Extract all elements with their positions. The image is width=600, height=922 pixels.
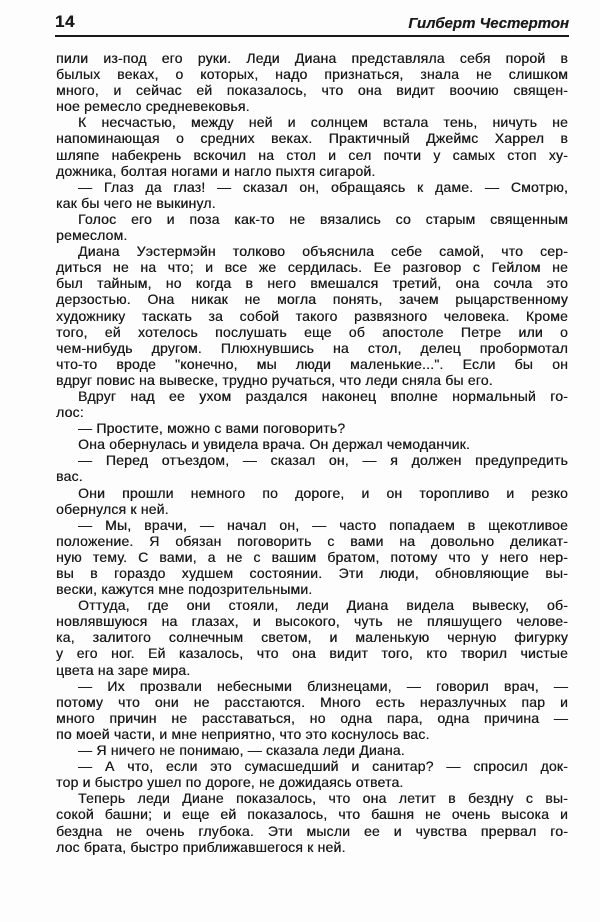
text-line: художнику таскать за собой такого развяз…	[56, 308, 568, 324]
text-line: вдруг повис на вывеске, трудно ручаться,…	[56, 372, 568, 388]
text-line: обернулся к ней.	[56, 501, 568, 517]
page-header: 14 Гилберт Честертон	[55, 12, 569, 37]
text-line: что-то вроде "конечно, мы люди маленькие…	[56, 356, 568, 372]
text-line: лос брата, быстро приближавшегося к ней.	[56, 839, 568, 855]
text-line: дожника, болтая ногами и нагло пыхтя сиг…	[56, 163, 568, 179]
text-line: положение. Я обязан поговорить с вами на…	[56, 533, 568, 549]
text-line: — Глаз да глаз! — сказал он, обращаясь к…	[56, 179, 568, 195]
text-line: напоминающая о средних веках. Практичный…	[56, 130, 568, 146]
text-line: ка, залитого солнечным светом, и маленьк…	[56, 629, 568, 645]
text-line: бездна не очень глубока. Эти мысли ее и …	[56, 823, 568, 839]
text-line: — А что, если это сумасшедший и санитар?…	[56, 758, 568, 774]
text-line: Она обернулась и увидела врача. Он держа…	[56, 436, 568, 452]
text-line: ную тему. С вами, а не с вашим братом, п…	[56, 549, 568, 565]
text-line: Вдруг над ее ухом раздался наконец вполн…	[56, 388, 568, 404]
text-line: — Простите, можно с вами поговорить?	[56, 420, 568, 436]
text-line: Оттуда, где они стояли, леди Диана видел…	[56, 597, 568, 613]
text-line: Диана Уэстермэйн толково объяснила себе …	[56, 243, 568, 259]
text-line: вас.	[56, 468, 568, 484]
text-line: Они прошли немного по дороге, и он тороп…	[56, 485, 568, 501]
text-line: ремеслом.	[56, 227, 568, 243]
text-line: Теперь леди Диане показалось, что она ле…	[56, 790, 568, 806]
text-line: — Их прозвали небесными близнецами, — го…	[56, 678, 568, 694]
text-line: ное ремесло средневековья.	[56, 98, 568, 114]
text-line: много, и сейчас ей показалось, что она в…	[56, 82, 568, 98]
text-line: вы в гораздо худшем состоянии. Эти люди,…	[56, 565, 568, 581]
text-line: по моей части, и мне неприятно, что это …	[56, 726, 568, 742]
text-line: К несчастью, между ней и солнцем встала …	[56, 114, 568, 130]
text-line: у его ног. Ей казалось, что она видит то…	[56, 645, 568, 661]
text-line: шляпе набекрень вскочил на стол и сел по…	[56, 147, 568, 163]
text-line: — Перед отъездом, — сказал он, — я долже…	[56, 452, 568, 468]
text-line: как бы чего не выкинул.	[56, 195, 568, 211]
text-line: вески, кажутся мне подозрительными.	[56, 581, 568, 597]
running-title: Гилберт Честертон	[408, 15, 569, 32]
text-line: сокой башни; и еще ей показалось, что ба…	[56, 806, 568, 822]
text-line: Голос его и поза как-то не вязались со с…	[56, 211, 568, 227]
page-number: 14	[55, 12, 75, 32]
text-line: диться не на что; и все же сердилась. Ее…	[56, 259, 568, 275]
text-line: был тайным, но когда в него вмешался тре…	[56, 275, 568, 291]
text-line: лос:	[56, 404, 568, 420]
text-line: былых веках, о которых, надо признаться,…	[56, 66, 568, 82]
page-body: пили из-под его руки. Леди Диана предста…	[56, 50, 568, 855]
text-line: дерзостью. Она никак не могла понять, за…	[56, 291, 568, 307]
text-line: — Мы, врачи, — начал он, — часто попадае…	[56, 517, 568, 533]
text-line: много причин не расставаться, но одна па…	[56, 710, 568, 726]
text-line: — Я ничего не понимаю, — сказала леди Ди…	[56, 742, 568, 758]
text-line: потому что они не расстаются. Много есть…	[56, 694, 568, 710]
text-line: того, ей хотелось послушать еще об апост…	[56, 324, 568, 340]
text-line: чем-нибудь другом. Плюхнувшись на стол, …	[56, 340, 568, 356]
book-page: 14 Гилберт Честертон пили из-под его рук…	[0, 0, 600, 922]
text-line: новлявшуюся на глазах, и высокого, чуть …	[56, 613, 568, 629]
text-line: пили из-под его руки. Леди Диана предста…	[56, 50, 568, 66]
text-line: тор и быстро ушел по дороге, не дожидаяс…	[56, 774, 568, 790]
text-line: цвета на заре мира.	[56, 662, 568, 678]
